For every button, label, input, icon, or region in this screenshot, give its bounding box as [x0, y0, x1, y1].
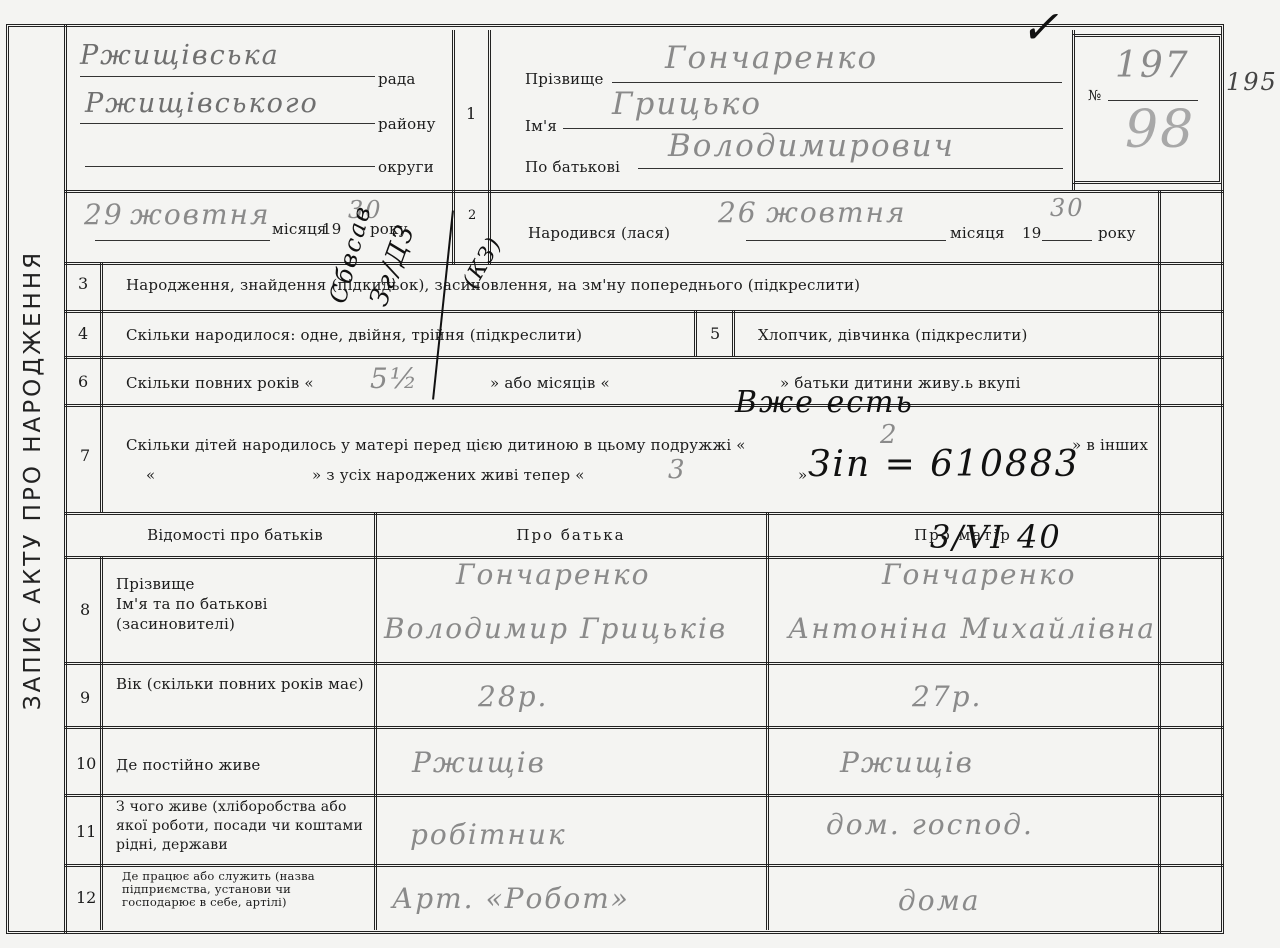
- margin-note: 195: [1226, 68, 1278, 96]
- row-4-5-divider-b: [732, 310, 735, 356]
- row-divider-11: [64, 864, 1224, 867]
- section-number-1: 1: [466, 104, 476, 123]
- registration-year-prefix: 19: [322, 220, 342, 238]
- row-number-4: 4: [78, 324, 88, 343]
- row-6-text-b: » або місяців «: [490, 374, 610, 392]
- header-divider-1: [452, 30, 455, 190]
- row-3-text: Народження, знайдення (підкидьок), засин…: [126, 276, 860, 294]
- mother-residence: Ржищів: [840, 746, 974, 779]
- row-number-6: 6: [78, 372, 88, 391]
- father-workplace: Арт. «Робот»: [392, 882, 630, 915]
- surname-value: Гончаренко: [665, 40, 878, 76]
- row-7-line1-b: » в інших: [1072, 436, 1148, 454]
- parents-header-mother: Про матір: [770, 526, 1156, 544]
- name-label: Ім'я: [525, 117, 557, 135]
- row-5-text: Хлопчик, дівчинка (підкреслити): [758, 326, 1028, 344]
- row-12-label: Де працює або служить (назва підприємств…: [122, 870, 362, 909]
- row-4-text: Скільки народилося: одне, двійня, трійня…: [126, 326, 582, 344]
- mother-age: 27р.: [912, 680, 982, 713]
- patronymic-value: Володимирович: [668, 128, 955, 164]
- row-8-label: Прізвище Ім'я та по батькові (засиновите…: [116, 574, 366, 634]
- registration-month: жовтня: [130, 198, 271, 231]
- birth-record-form: ЗАПИС АКТУ ПРО НАРОДЖЕННЯ Ржищівська рад…: [0, 0, 1280, 948]
- row-number-12: 12: [76, 888, 96, 907]
- record-number-value: 197: [1115, 45, 1190, 86]
- right-margin-column: [1158, 190, 1161, 934]
- annotation-overwrite-2: Зіп = 610883: [808, 444, 1080, 485]
- mother-surname: Гончаренко: [882, 558, 1076, 591]
- birth-month: жовтня: [766, 196, 907, 229]
- row-divider-8: [64, 662, 1224, 665]
- row-divider-2: [64, 262, 1224, 265]
- row-7-line2-a: «: [146, 466, 155, 484]
- parents-col-divider-2: [766, 512, 769, 930]
- row-10-label: Де постійно живе: [116, 756, 260, 774]
- patronymic-line: [638, 168, 1063, 169]
- row-number-3: 3: [78, 274, 88, 293]
- parents-header-father: Про батька: [378, 526, 764, 544]
- row-number-8: 8: [80, 600, 90, 619]
- section-number-2: 2: [468, 208, 476, 223]
- row-divider-10: [64, 794, 1224, 797]
- mother-occupation: дом. господ.: [826, 808, 1034, 841]
- annotation-overwrite-1: Вже есть: [735, 385, 914, 420]
- row-6-text-a: Скільки повних років «: [126, 374, 314, 392]
- registration-line: [95, 240, 270, 241]
- district-line: [80, 123, 375, 124]
- left-title-column-divider: [64, 24, 67, 934]
- parents-header-info: Відомості про батьків: [100, 526, 370, 544]
- okrug-line: [85, 166, 375, 167]
- father-residence: Ржищів: [412, 746, 546, 779]
- record-number-secondary: 98: [1125, 100, 1195, 160]
- row-divider-header: [64, 190, 1224, 193]
- row-divider-9: [64, 726, 1224, 729]
- birth-year-line: [1042, 240, 1092, 241]
- council-line: [80, 76, 375, 77]
- birth-year-label: року: [1098, 224, 1136, 242]
- row-7-line2-c: »: [798, 466, 807, 484]
- row-number-11: 11: [76, 822, 96, 841]
- birth-year-prefix: 19: [1022, 224, 1042, 242]
- row-7-alive-value: 3: [668, 455, 687, 485]
- row-4-5-divider-a: [694, 310, 697, 356]
- vertical-title: ЗАПИС АКТУ ПРО НАРОДЖЕННЯ: [10, 190, 56, 770]
- row-number-9: 9: [80, 688, 90, 707]
- registration-day: 29: [84, 198, 124, 231]
- parents-col-divider-1: [374, 512, 377, 930]
- row-divider-3: [64, 310, 1224, 313]
- row-divider-6: [64, 512, 1224, 515]
- row-divider-5: [64, 404, 1224, 407]
- father-surname: Гончаренко: [456, 558, 650, 591]
- row-7-line1-a: Скільки дітей народилось у матері перед …: [126, 436, 746, 454]
- name-value: Грицько: [612, 86, 762, 122]
- council-value: Ржищівська: [80, 40, 280, 71]
- row-divider-4: [64, 356, 1224, 359]
- father-age: 28р.: [478, 680, 548, 713]
- row-number-7: 7: [80, 446, 90, 465]
- father-name: Володимир Грицьків: [384, 612, 727, 645]
- patronymic-label: По батькові: [525, 158, 620, 176]
- row-number-5: 5: [710, 324, 720, 343]
- registration-month-label: місяця: [272, 220, 327, 238]
- district-value: Ржищівського: [85, 88, 319, 119]
- birth-divider-1: [452, 190, 455, 264]
- birth-day: 26: [718, 196, 758, 229]
- record-number-label: №: [1088, 88, 1101, 104]
- number-column: [100, 262, 103, 512]
- row-6-years-value: 5½: [370, 362, 419, 395]
- okrug-label: округи: [378, 158, 434, 176]
- mother-workplace: дома: [898, 884, 981, 917]
- number-column-2: [100, 556, 103, 930]
- council-label: рада: [378, 70, 416, 88]
- surname-label: Прізвище: [525, 70, 604, 88]
- row-11-label: З чого живе (хліборобства або якої робот…: [116, 798, 368, 855]
- father-occupation: робітник: [410, 818, 567, 851]
- birth-line: [746, 240, 946, 241]
- header-divider-2: [488, 30, 491, 190]
- row-9-label: Вік (скільки повних років має): [116, 674, 366, 694]
- surname-line: [612, 82, 1062, 83]
- row-7-line2-b: » з усіх народжених живі тепер «: [312, 466, 585, 484]
- birth-label: Народився (лася): [528, 224, 670, 242]
- birth-year-value: 30: [1050, 194, 1085, 222]
- row-number-10: 10: [76, 754, 96, 773]
- district-label: району: [378, 115, 436, 133]
- mother-name: Антоніна Михайлівна: [788, 612, 1156, 645]
- vertical-title-text: ЗАПИС АКТУ ПРО НАРОДЖЕННЯ: [20, 250, 46, 710]
- checkmark-icon: ✓: [1020, 0, 1061, 54]
- birth-month-label: місяця: [950, 224, 1005, 242]
